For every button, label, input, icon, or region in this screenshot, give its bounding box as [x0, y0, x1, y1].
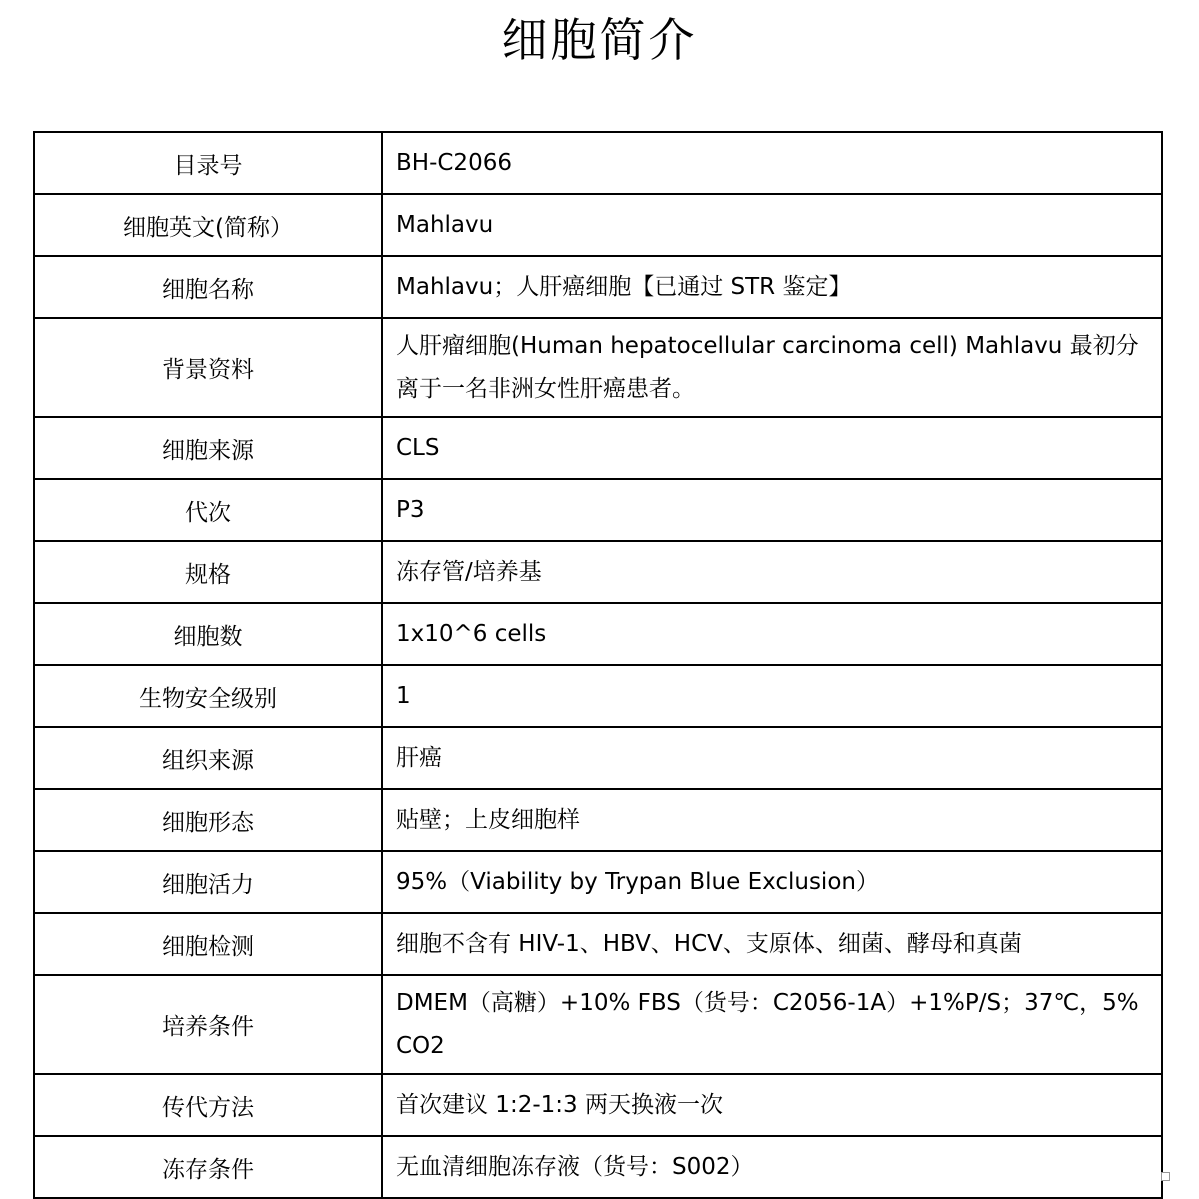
- row-value: DMEM（高糖）+10% FBS（货号：C2056-1A）+1%P/S；37℃，…: [382, 975, 1162, 1074]
- table-row-cell-english-name: 细胞英文(简称） Mahlavu: [34, 194, 1162, 256]
- table-row-cell-morphology: 细胞形态 贴壁；上皮细胞样: [34, 789, 1162, 851]
- row-label: 生物安全级别: [34, 665, 382, 727]
- row-value: P3: [382, 479, 1162, 541]
- row-label: 组织来源: [34, 727, 382, 789]
- row-label: 细胞数: [34, 603, 382, 665]
- row-label: 细胞来源: [34, 417, 382, 479]
- table-row-cell-testing: 细胞检测 细胞不含有 HIV-1、HBV、HCV、支原体、细菌、酵母和真菌: [34, 913, 1162, 975]
- row-label: 目录号: [34, 132, 382, 194]
- table-row-cell-name: 细胞名称 Mahlavu；人肝癌细胞【已通过 STR 鉴定】: [34, 256, 1162, 318]
- row-label: 背景资料: [34, 318, 382, 417]
- row-value: Mahlavu: [382, 194, 1162, 256]
- table-row-background-info: 背景资料 人肝瘤细胞(Human hepatocellular carcinom…: [34, 318, 1162, 417]
- row-label: 细胞名称: [34, 256, 382, 318]
- row-label: 细胞形态: [34, 789, 382, 851]
- row-value: BH-C2066: [382, 132, 1162, 194]
- row-label: 规格: [34, 541, 382, 603]
- row-label: 培养条件: [34, 975, 382, 1074]
- table-row-catalog-number: 目录号 BH-C2066: [34, 132, 1162, 194]
- row-label: 细胞活力: [34, 851, 382, 913]
- row-value: 冻存管/培养基: [382, 541, 1162, 603]
- row-label: 细胞英文(简称）: [34, 194, 382, 256]
- table-row-specification: 规格 冻存管/培养基: [34, 541, 1162, 603]
- table-row-cell-viability: 细胞活力 95%（Viability by Trypan Blue Exclus…: [34, 851, 1162, 913]
- row-value: 细胞不含有 HIV-1、HBV、HCV、支原体、细菌、酵母和真菌: [382, 913, 1162, 975]
- table-row-biosafety-level: 生物安全级别 1: [34, 665, 1162, 727]
- row-value: 无血清细胞冻存液（货号：S002）: [382, 1136, 1162, 1198]
- row-value: Mahlavu；人肝癌细胞【已通过 STR 鉴定】: [382, 256, 1162, 318]
- table-row-cell-count: 细胞数 1x10^6 cells: [34, 603, 1162, 665]
- table-row-tissue-source: 组织来源 肝癌: [34, 727, 1162, 789]
- row-value: 首次建议 1:2-1:3 两天换液一次: [382, 1074, 1162, 1136]
- table-resize-handle-icon[interactable]: [1161, 1172, 1170, 1181]
- row-value: 1: [382, 665, 1162, 727]
- document-page: 细胞简介 目录号 BH-C2066 细胞英文(简称） Mahlavu 细胞名称 …: [0, 0, 1199, 1191]
- row-value: 1x10^6 cells: [382, 603, 1162, 665]
- table-row-cell-source: 细胞来源 CLS: [34, 417, 1162, 479]
- row-label: 传代方法: [34, 1074, 382, 1136]
- row-label: 代次: [34, 479, 382, 541]
- table-row-passage-method: 传代方法 首次建议 1:2-1:3 两天换液一次: [34, 1074, 1162, 1136]
- row-value: 人肝瘤细胞(Human hepatocellular carcinoma cel…: [382, 318, 1162, 417]
- table-row-passage: 代次 P3: [34, 479, 1162, 541]
- page-title: 细胞简介: [0, 8, 1199, 75]
- row-value: 肝癌: [382, 727, 1162, 789]
- table-row-freezing-conditions: 冻存条件 无血清细胞冻存液（货号：S002）: [34, 1136, 1162, 1198]
- row-label: 细胞检测: [34, 913, 382, 975]
- row-value: 95%（Viability by Trypan Blue Exclusion）: [382, 851, 1162, 913]
- row-value: CLS: [382, 417, 1162, 479]
- row-value: 贴壁；上皮细胞样: [382, 789, 1162, 851]
- table-row-culture-conditions: 培养条件 DMEM（高糖）+10% FBS（货号：C2056-1A）+1%P/S…: [34, 975, 1162, 1074]
- row-label: 冻存条件: [34, 1136, 382, 1198]
- cell-info-table: 目录号 BH-C2066 细胞英文(简称） Mahlavu 细胞名称 Mahla…: [33, 131, 1163, 1199]
